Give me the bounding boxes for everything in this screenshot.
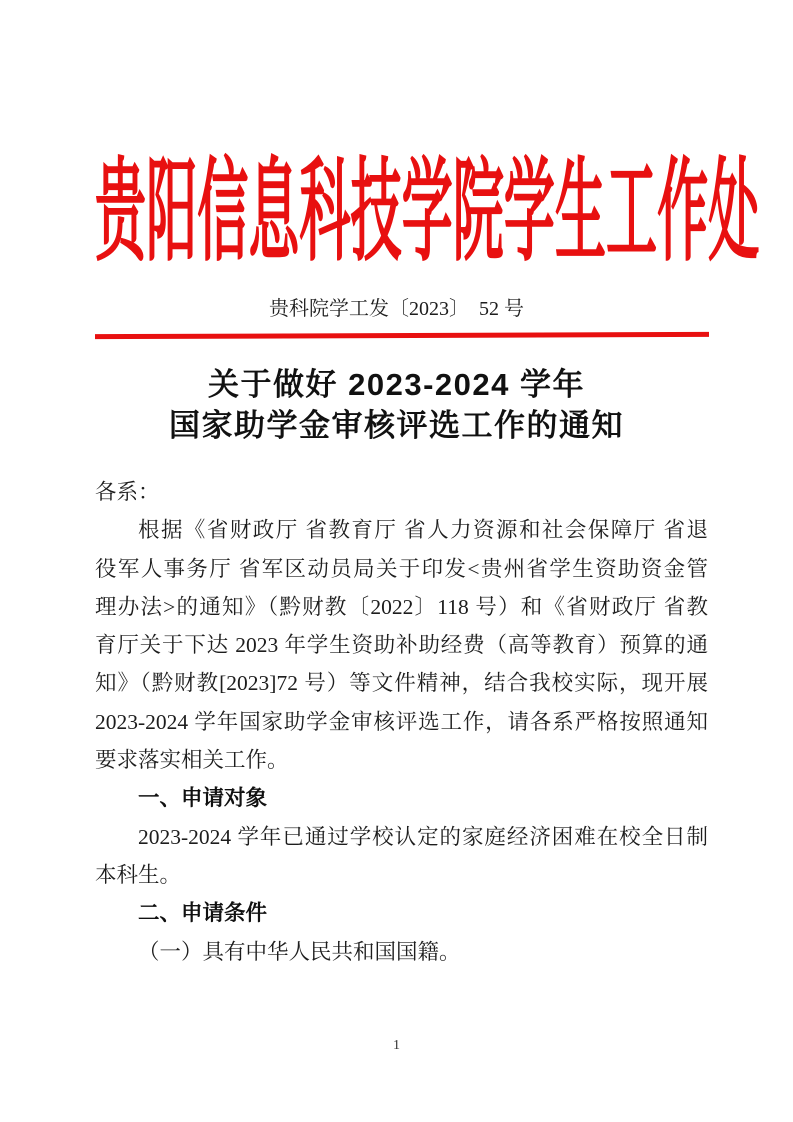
document-page: 贵阳信息科技学院学生工作处 贵科院学工发〔2023〕 52 号 关于做好 202… (0, 0, 793, 1122)
body-text-line: 本科生。 (95, 856, 708, 894)
document-number: 贵科院学工发〔2023〕 52 号 (0, 296, 793, 322)
document-title-line2: 国家助学金审核评选工作的通知 (0, 405, 793, 446)
body-text-line: 2023-2024 学年已通过学校认定的家庭经济困难在校全日制 (95, 818, 708, 856)
document-title: 关于做好 2023-2024 学年 国家助学金审核评选工作的通知 (0, 364, 793, 446)
body-text-line: 2023-2024 学年国家助学金审核评选工作，请各系严格按照通知 (95, 703, 708, 741)
body-text-line: 要求落实相关工作。 (95, 741, 708, 779)
body-text-line: 理办法>的通知》（黔财教〔2022〕118 号）和《省财政厅 省教 (95, 588, 708, 626)
body-text-line: 知》（黔财教[2023]72 号）等文件精神，结合我校实际，现开展 (95, 664, 708, 702)
body-text-line: 役军人事务厅 省军区动员局关于印发<贵州省学生资助资金管 (95, 550, 708, 588)
body-text-line: （一）具有中华人民共和国国籍。 (95, 933, 708, 971)
letterhead-org-title: 贵阳信息科技学院学生工作处 (95, 157, 708, 269)
body-text-line: 各系： (95, 473, 708, 511)
document-title-line1: 关于做好 2023-2024 学年 (0, 364, 793, 405)
section-heading: 一、申请对象 (95, 779, 708, 817)
page-number: 1 (0, 1038, 793, 1054)
body-text-line: 育厅关于下达 2023 年学生资助补助经费（高等教育）预算的通 (95, 626, 708, 664)
section-heading: 二、申请条件 (95, 894, 708, 932)
body-blocks: 各系：根据《省财政厅 省教育厅 省人力资源和社会保障厅 省退役军人事务厅 省军区… (95, 473, 708, 971)
body-text-line: 根据《省财政厅 省教育厅 省人力资源和社会保障厅 省退 (95, 511, 708, 549)
red-header-rule (95, 332, 709, 339)
